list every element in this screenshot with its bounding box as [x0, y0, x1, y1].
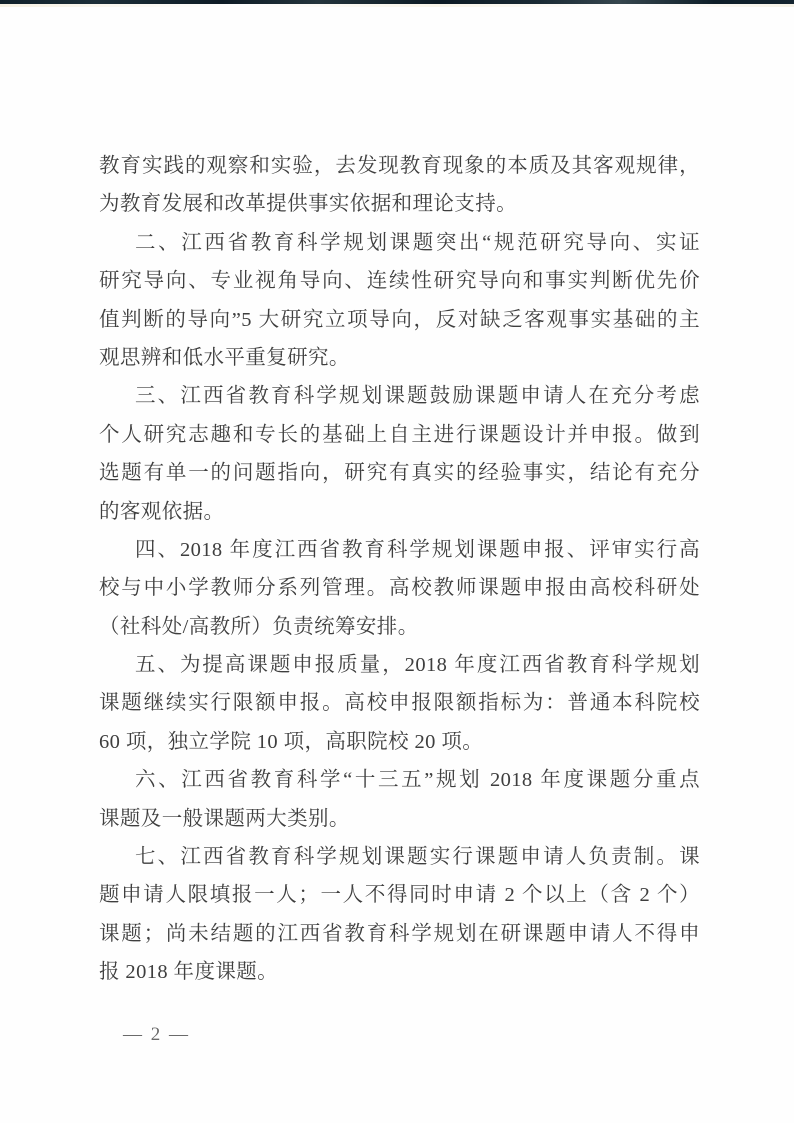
text-line: 教育实践的观察和实验，去发现教育现象的本质及其客观规律，: [99, 147, 700, 185]
text-line: 题申请人限填报一人；一人不得同时申请 2 个以上（含 2 个）: [99, 876, 700, 914]
text-line: 个人研究志趣和专长的基础上自主进行课题设计并申报。做到: [99, 416, 700, 454]
text-line: 选题有单一的问题指向，研究有真实的经验事实，结论有充分: [99, 454, 700, 492]
text-line: 报 2018 年度课题。: [99, 953, 700, 991]
scan-artifact-top-glow: [0, 4, 794, 7]
document-page: 教育实践的观察和实验，去发现教育现象的本质及其客观规律， 为教育发展和改革提供事…: [0, 0, 794, 1123]
text-line: 的客观依据。: [99, 493, 700, 531]
text-line: 校与中小学教师分系列管理。高校教师课题申报由高校科研处: [99, 569, 700, 607]
paragraph-start-line: 三、江西省教育科学规划课题鼓励课题申请人在充分考虑: [99, 377, 700, 415]
text-line: 值判断的导向”5 大研究立项导向，反对缺乏客观事实基础的主: [99, 301, 700, 339]
text-line: 研究导向、专业视角导向、连续性研究导向和事实判断优先价: [99, 262, 700, 300]
text-line: 课题继续实行限额申报。高校申报限额指标为：普通本科院校: [99, 684, 700, 722]
text-line: 课题；尚未结题的江西省教育科学规划在研课题申请人不得申: [99, 915, 700, 953]
paragraph-start-line: 五、为提高课题申报质量，2018 年度江西省教育科学规划: [99, 646, 700, 684]
paragraph-start-line: 二、江西省教育科学规划课题突出“规范研究导向、实证: [99, 224, 700, 262]
text-line: 观思辨和低水平重复研究。: [99, 339, 700, 377]
document-body: 教育实践的观察和实验，去发现教育现象的本质及其客观规律， 为教育发展和改革提供事…: [99, 147, 700, 992]
text-line: 为教育发展和改革提供事实依据和理论支持。: [99, 185, 700, 223]
text-line: 课题及一般课题两大类别。: [99, 800, 700, 838]
paragraph-start-line: 六、江西省教育科学“十三五”规划 2018 年度课题分重点: [99, 761, 700, 799]
paragraph-start-line: 七、江西省教育科学规划课题实行课题申请人负责制。课: [99, 838, 700, 876]
text-line: 60 项，独立学院 10 项，高职院校 20 项。: [99, 723, 700, 761]
page-number: — 2 —: [123, 1022, 190, 1048]
text-line: （社科处/高教所）负责统筹安排。: [99, 608, 700, 646]
paragraph-start-line: 四、2018 年度江西省教育科学规划课题申报、评审实行高: [99, 531, 700, 569]
